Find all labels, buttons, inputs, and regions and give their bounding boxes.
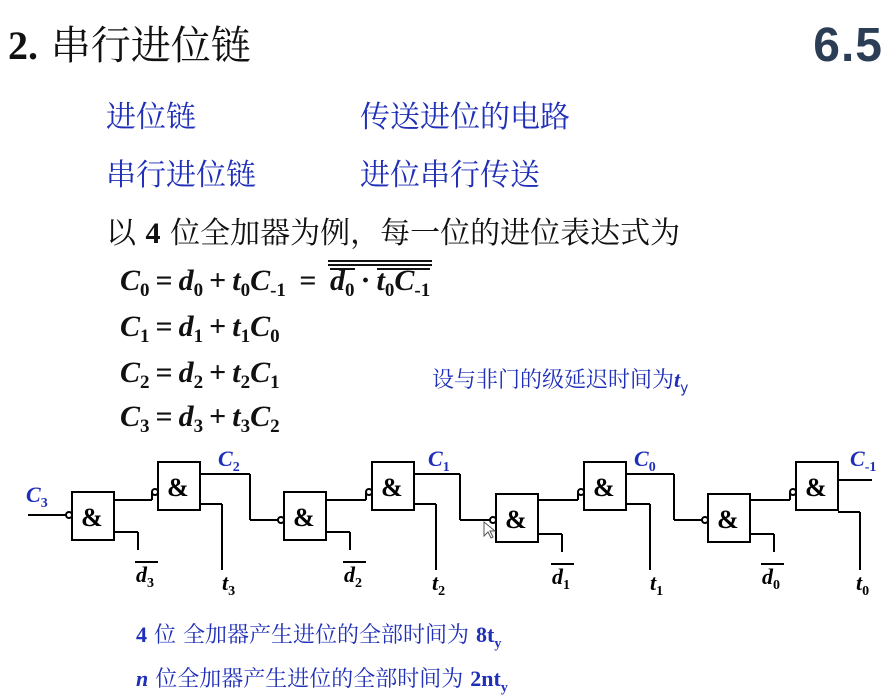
equation-c0: C0=d0+t0C-1 = d0 · t0C-1 (120, 264, 430, 302)
title-number: 2. (8, 23, 38, 68)
svg-text:t0: t0 (856, 570, 869, 599)
equation-c3: C3=d3+t3C2 (120, 400, 280, 438)
svg-text:&: & (167, 473, 189, 502)
svg-text:d2: d2 (344, 562, 362, 591)
equation-c2: C2=d2+t2C1 (120, 356, 280, 394)
definition-term-2: 串行进位链 (106, 150, 256, 194)
svg-text:&: & (717, 505, 739, 534)
svg-text:d1: d1 (552, 564, 570, 593)
svg-text:C0: C0 (634, 446, 656, 475)
svg-text:t1: t1 (650, 570, 663, 599)
svg-text:t3: t3 (222, 570, 235, 599)
summary-4bit: 4 位 全加器产生进位的全部时间为 8ty (136, 618, 501, 652)
delay-var-sub: y (680, 380, 688, 396)
definition-meaning-1: 传送进位的电路 (360, 92, 570, 136)
title-text: 串行进位链 (51, 23, 251, 69)
intro-bits: 4 (146, 217, 161, 250)
equation-c1: C1=d1+t1C0 (120, 310, 280, 348)
svg-text:C1: C1 (428, 446, 450, 475)
svg-text:&: & (593, 473, 615, 502)
intro-prefix: 以 (106, 216, 136, 251)
definition-term-1: 进位链 (106, 92, 196, 136)
svg-text:&: & (505, 505, 527, 534)
svg-text:&: & (293, 503, 315, 532)
serial-carry-chain-circuit: & & & & & & & & C3 C2 C1 C0 C-1 d3 t3 d2… (0, 440, 889, 610)
section-number: 6.5 (813, 18, 883, 73)
summary-4bit-prefix: 4 (136, 622, 147, 647)
delay-note-text: 设与非门的级延迟时间为 (432, 368, 674, 393)
svg-text:C2: C2 (218, 446, 240, 475)
slide-title: 2. 串行进位链 (8, 14, 251, 71)
intro-text: 以 4 位全加器为例，每一位的进位表达式为 (106, 208, 680, 252)
svg-text:&: & (805, 473, 827, 502)
summary-nbit: n 位全加器产生进位的全部时间为 2nty (136, 662, 508, 696)
summary-nbit-text: 位全加器产生进位的全部时间为 (148, 667, 470, 692)
summary-4bit-text: 位 全加器产生进位的全部时间为 (147, 623, 476, 648)
gate-and-symbol: & (81, 503, 103, 532)
svg-text:C-1: C-1 (850, 446, 876, 475)
summary-nbit-value: 2nt (470, 666, 501, 691)
delay-note: 设与非门的级延迟时间为ty (432, 363, 688, 396)
summary-4bit-value: 8t (476, 622, 494, 647)
svg-text:d3: d3 (136, 562, 154, 591)
svg-text:&: & (381, 473, 403, 502)
svg-text:C3: C3 (26, 482, 48, 511)
intro-suffix: 位全加器为例，每一位的进位表达式为 (170, 216, 680, 251)
definition-meaning-2: 进位串行传送 (360, 150, 540, 194)
summary-nbit-prefix: n (136, 666, 148, 691)
svg-text:d0: d0 (762, 564, 780, 593)
svg-text:t2: t2 (432, 570, 445, 599)
mouse-cursor-icon (484, 522, 495, 538)
